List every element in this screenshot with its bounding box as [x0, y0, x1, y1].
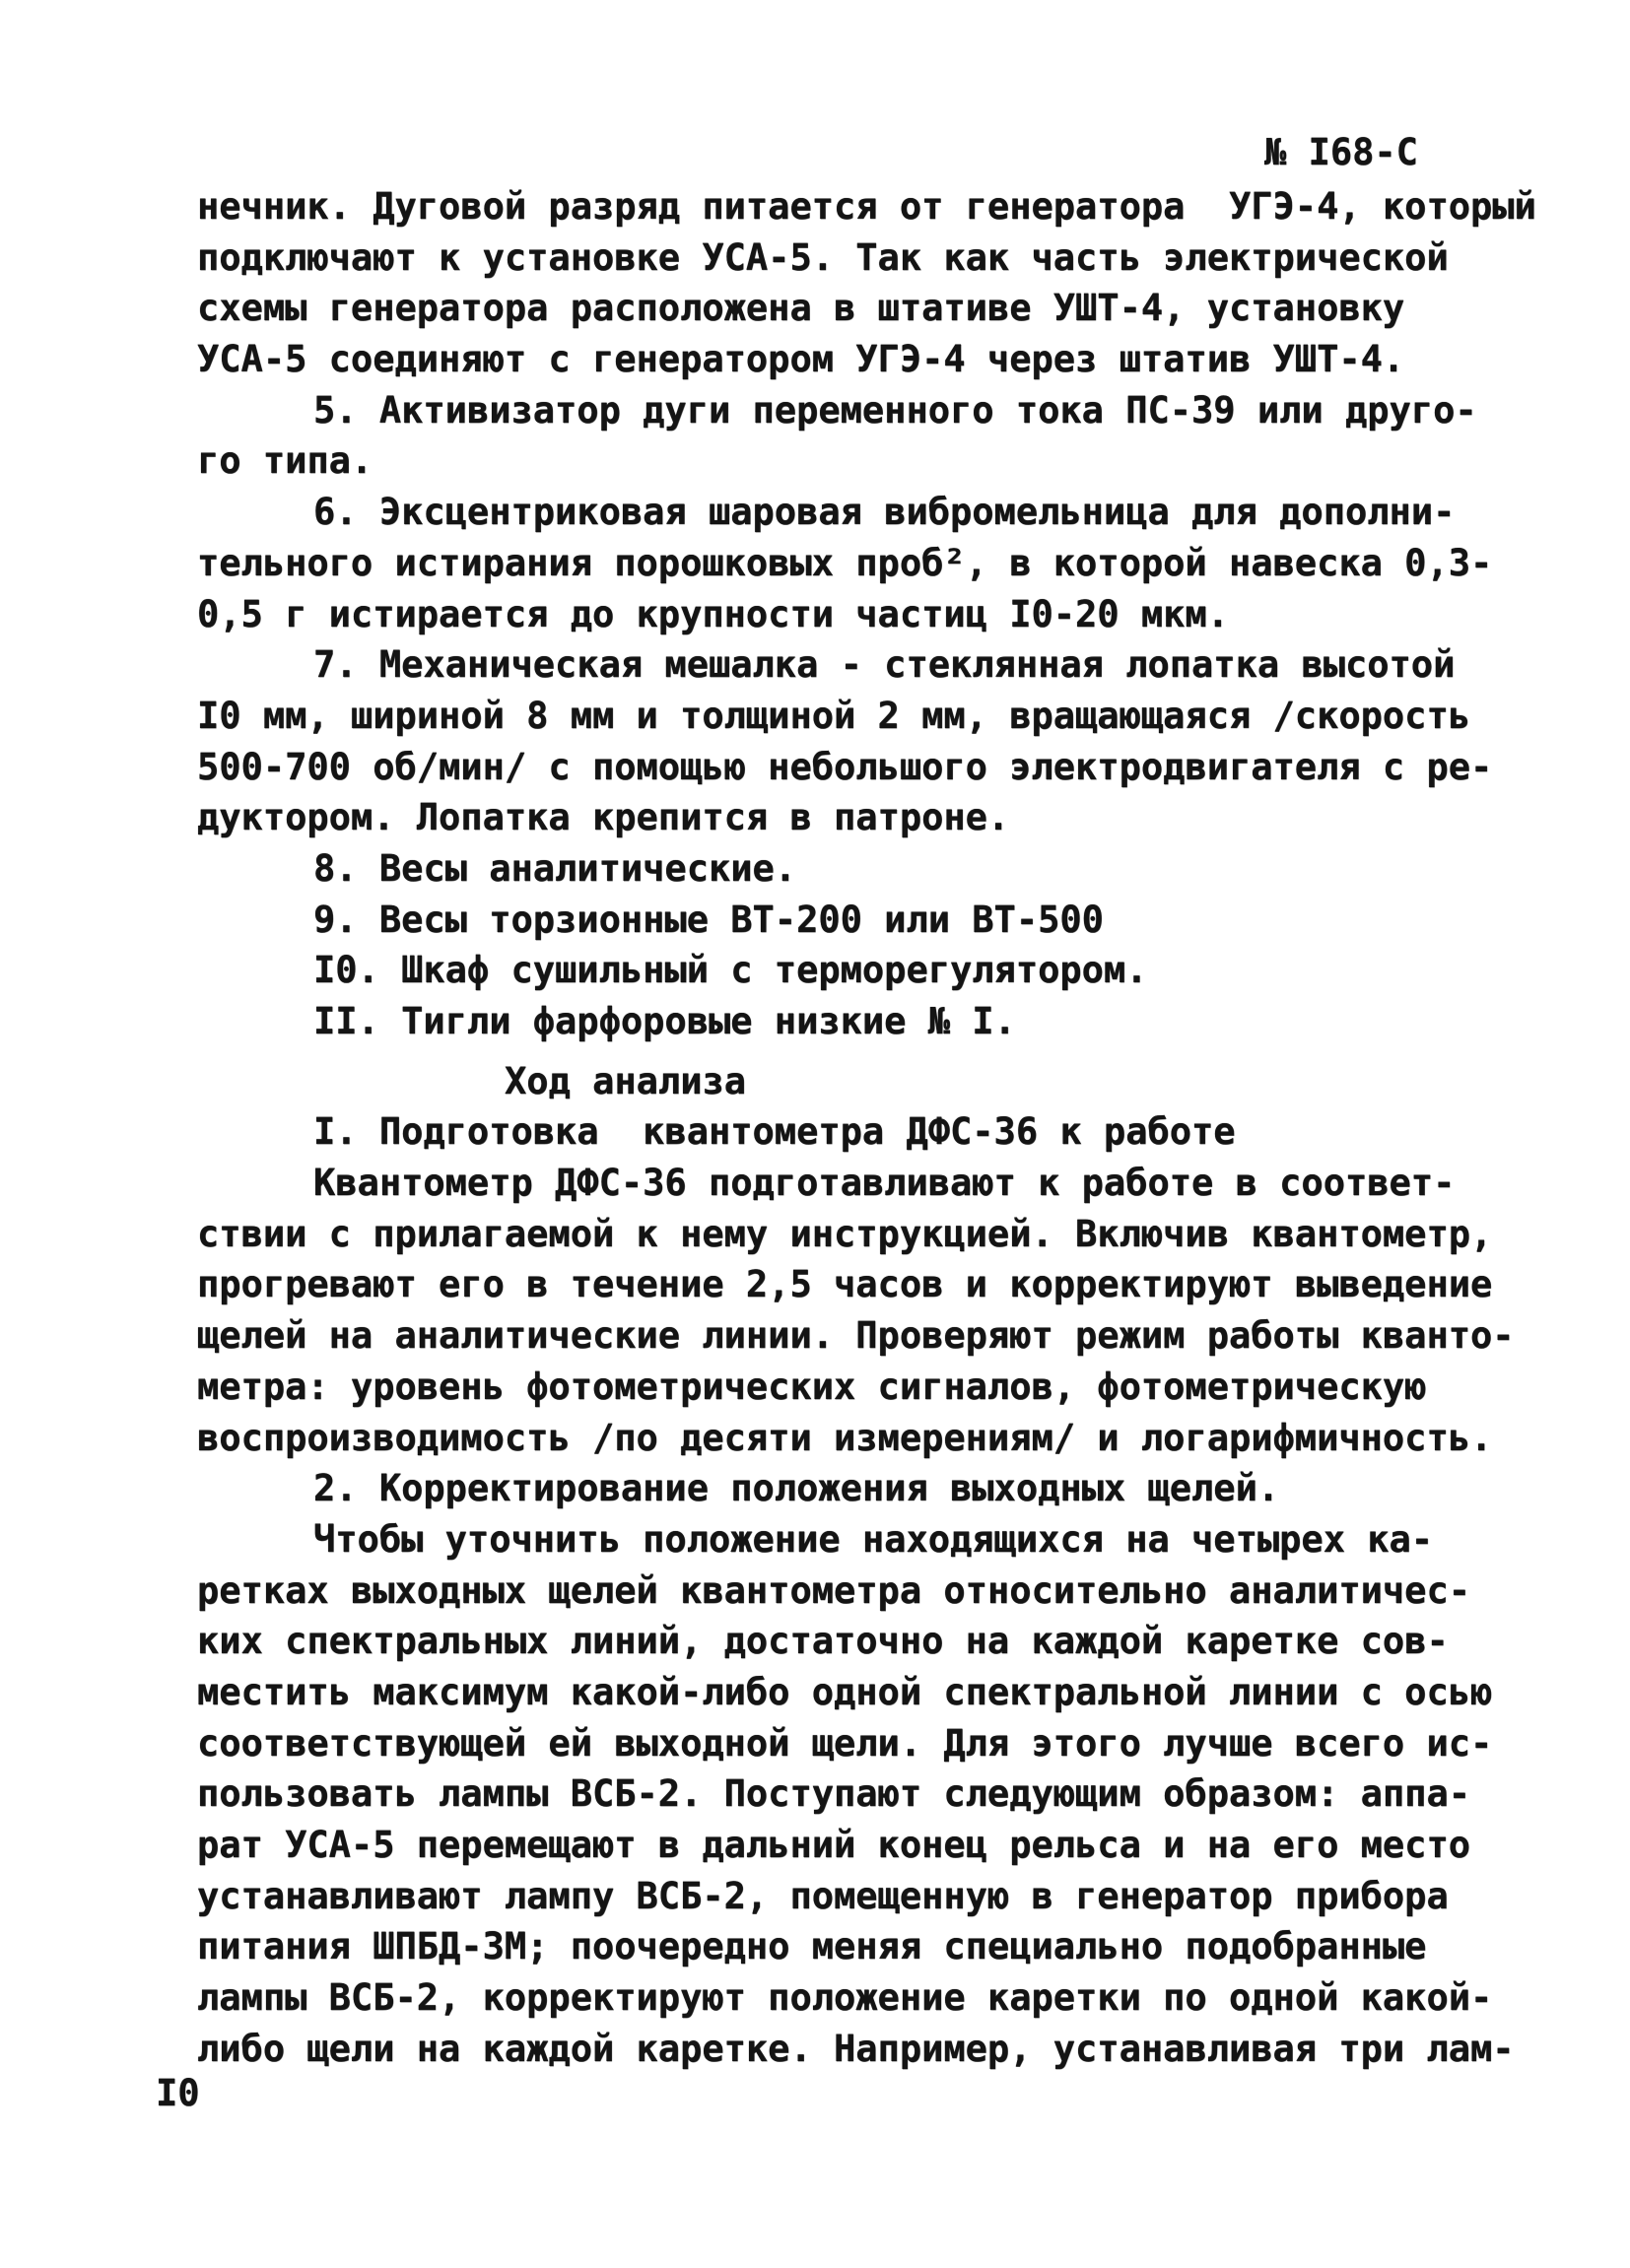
document-number: № I68-С — [1264, 131, 1418, 173]
text-line: Ход анализа — [197, 1056, 1518, 1107]
text-line: воспроизводимость /по десяти измерениям/… — [197, 1413, 1518, 1464]
text-line: Квантометр ДФС-36 подготавливают к работ… — [197, 1158, 1518, 1209]
text-line: тельного истирания порошковых проб², в к… — [197, 538, 1518, 589]
text-line: пользовать лампы ВСБ-2. Поступают следую… — [197, 1768, 1518, 1820]
text-line: питания ШПБД-ЗМ; поочередно меняя специа… — [197, 1921, 1518, 1972]
scanned-page: № I68-С нечник. Дуговой разряд питается … — [0, 0, 1630, 2268]
text-line: щелей на аналитические линии. Проверяют … — [197, 1310, 1518, 1362]
text-line: устанавливают лампу ВСБ-2, помещенную в … — [197, 1871, 1518, 1922]
text-line: 6. Эксцентриковая шаровая вибромельница … — [197, 487, 1518, 538]
text-line: I. Подготовка квантометра ДФС-36 к работ… — [197, 1106, 1518, 1158]
text-line: местить максимум какой-либо одной спектр… — [197, 1667, 1518, 1718]
text-line: I0 мм, шириной 8 мм и толщиной 2 мм, вра… — [197, 691, 1518, 742]
text-line: соответствующей ей выходной щели. Для эт… — [197, 1718, 1518, 1769]
text-line: 2. Корректирование положения выходных ще… — [197, 1463, 1518, 1514]
text-line: рат УСА-5 перемещают в дальний конец рел… — [197, 1820, 1518, 1871]
text-line: УСА-5 соединяют с генератором УГЭ-4 чере… — [197, 334, 1518, 385]
text-line: схемы генератора расположена в штативе У… — [197, 283, 1518, 334]
text-line: 9. Весы торзионные ВТ-200 или ВТ-500 — [197, 895, 1518, 946]
text-line: Чтобы уточнить положение находящихся на … — [197, 1514, 1518, 1566]
text-line: 5. Активизатор дуги переменного тока ПС-… — [197, 385, 1518, 436]
text-line: 0,5 г истирается до крупности частиц I0-… — [197, 589, 1518, 640]
document-body: нечник. Дуговой разряд питается от генер… — [197, 181, 1518, 2074]
text-line: 500-700 об/мин/ с помощью небольшого эле… — [197, 742, 1518, 793]
text-line: 7. Механическая мешалка - стеклянная лоп… — [197, 639, 1518, 691]
text-line: подключают к установке УСА-5. Так как ча… — [197, 233, 1518, 284]
text-line: 8. Весы аналитические. — [197, 843, 1518, 895]
text-line: II. Тигли фарфоровые низкие № I. — [197, 996, 1518, 1047]
text-line: либо щели на каждой каретке. Например, у… — [197, 2024, 1518, 2075]
text-line: го типа. — [197, 435, 1518, 487]
text-line: I0. Шкаф сушильный с терморегулятором. — [197, 945, 1518, 996]
text-line: дуктором. Лопатка крепится в патроне. — [197, 792, 1518, 843]
text-line: ретках выходных щелей квантометра относи… — [197, 1566, 1518, 1617]
page-number: I0 — [156, 2072, 200, 2114]
text-line: ствии с прилагаемой к нему инструкцией. … — [197, 1209, 1518, 1260]
text-line: нечник. Дуговой разряд питается от генер… — [197, 181, 1518, 233]
text-line: прогревают его в течение 2,5 часов и кор… — [197, 1259, 1518, 1310]
text-line: лампы ВСБ-2, корректируют положение каре… — [197, 1972, 1518, 2024]
text-line: ких спектральных линий, достаточно на ка… — [197, 1616, 1518, 1667]
text-line: метра: уровень фотометрических сигналов,… — [197, 1362, 1518, 1413]
